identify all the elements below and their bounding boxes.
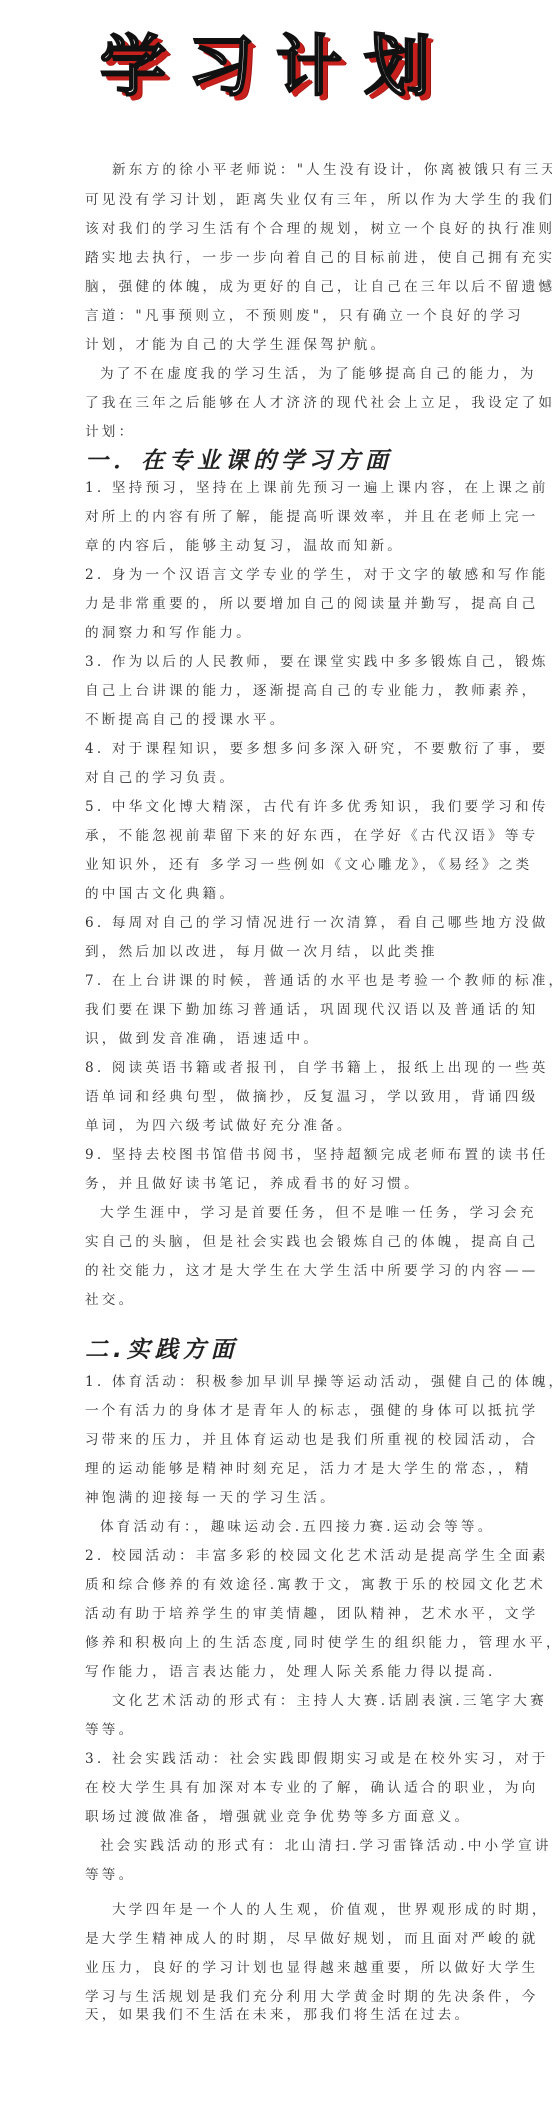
text-line: 对所上的内容有所了解，能提高听课效率，并且在老师上完一: [85, 507, 475, 527]
text-line: 天，如果我们不生活在未来，那我们将生活在过去。: [85, 2005, 475, 2025]
text-line: 在校大学生具有加深对本专业的了解，确认适合的职业，为向: [85, 1778, 475, 1798]
text-line: 承，不能忽视前辈留下来的好东西，在学好《古代汉语》等专: [85, 826, 475, 846]
text-line: 7. 在上台讲课的时候，普通话的水平也是考验一个教师的标准，: [85, 971, 475, 991]
text-line: 5. 中华文化博大精深，古代有许多优秀知识，我们要学习和传: [85, 797, 475, 817]
text-line: 8. 阅读英语书籍或者报刊，自学书籍上，报纸上出现的一些英: [85, 1058, 475, 1078]
text-line: 识，做到发音准确，语速适中。: [85, 1029, 475, 1049]
text-line: 不断提高自己的授课水平。: [85, 710, 475, 730]
text-line: 写作能力，语言表达能力，处理人际关系能力得以提高.: [85, 1662, 475, 1682]
text-line: 学习与生活规划是我们充分利用大学黄金时期的先决条件，今: [85, 1987, 475, 2007]
text-line: 言道："凡事预则立，不预则废"，只有确立一个良好的学习: [85, 306, 475, 326]
text-line: 计划：: [85, 422, 475, 442]
text-line: 了我在三年之后能够在人才济济的现代社会上立足，我设定了如下: [85, 393, 475, 413]
text-line: 业知识外，还有 多学习一些例如《文心雕龙》，《易经》之类: [85, 855, 475, 875]
text-line: 业压力，良好的学习计划也显得越来越重要，所以做好大学生: [85, 1958, 475, 1978]
text-line: 质和综合修养的有效途径.寓教于文，寓教于乐的校园文化艺术: [85, 1575, 475, 1595]
text-line: 的洞察力和写作能力。: [85, 623, 475, 643]
text-line: 社会实践活动的形式有：北山清扫.学习雷锋活动.中小学宣讲: [100, 1836, 490, 1856]
document-title: 学习计划: [0, 22, 552, 112]
text-line: 踏实地去执行，一步一步向着自己的目标前进，使自己拥有充实的大: [85, 248, 475, 268]
text-line: 计划，才能为自己的大学生涯保驾护航。: [85, 335, 475, 355]
text-line: 3. 社会实践活动：社会实践即假期实习或是在校外实习，对于: [85, 1749, 475, 1769]
text-line: 新东方的徐小平老师说："人生没有设计，你离被饿只有三天。": [112, 160, 502, 180]
text-line: 3. 作为以后的人民教师，要在课堂实践中多多锻炼自己，锻炼: [85, 652, 475, 672]
text-line: 为了不在虚度我的学习生活，为了能够提高自己的能力，为: [100, 364, 490, 384]
text-line: 脑，强健的体魄，成为更好的自己，让自己在三年以后不留遗憾。常: [85, 277, 475, 297]
text-line: 2. 校园活动：丰富多彩的校园文化艺术活动是提高学生全面素: [85, 1546, 475, 1566]
text-line: 修养和积极向上的生活态度,同时使学生的组织能力，管理水平，: [85, 1633, 475, 1653]
text-line: 是大学生精神成人的时期，尽早做好规划，而且面对严峻的就: [85, 1929, 475, 1949]
text-line: 神饱满的迎接每一天的学习生活。: [85, 1488, 475, 1508]
text-line: 的社交能力，这才是大学生在大学生活中所要学习的内容——: [85, 1261, 475, 1281]
text-line: 习带来的压力，并且体育运动也是我们所重视的校园活动，合: [85, 1430, 475, 1450]
text-line: 理的运动能够是精神时刻充足，活力才是大学生的常态，，精: [85, 1459, 475, 1479]
text-line: 的中国古文化典籍。: [85, 884, 475, 904]
text-line: 单词，为四六级考试做好充分准备。: [85, 1116, 475, 1136]
text-line: 务，并且做好读书笔记，养成看书的好习惯。: [85, 1174, 475, 1194]
text-line: 等等。: [85, 1720, 475, 1740]
text-line: 该对我们的学习生活有个合理的规划，树立一个良好的执行准则，脚: [85, 219, 475, 239]
text-line: 力是非常重要的，所以要增加自己的阅读量并勤写，提高自己: [85, 594, 475, 614]
text-line: 社交。: [85, 1290, 475, 1310]
text-line: 1. 体育活动：积极参加早训早操等运动活动，强健自己的体魄，: [85, 1372, 475, 1392]
text-line: 6. 每周对自己的学习情况进行一次清算，看自己哪些地方没做: [85, 913, 475, 933]
text-line: 大学四年是一个人的人生观，价值观，世界观形成的时期，: [112, 1900, 502, 1920]
text-line: 一个有活力的身体才是青年人的标志，强健的身体可以抵抗学: [85, 1401, 475, 1421]
text-line: 4. 对于课程知识，要多想多问多深入研究，不要敷衍了事，要: [85, 739, 475, 759]
text-line: 自己上台讲课的能力，逐渐提高自己的专业能力，教师素养，: [85, 681, 475, 701]
text-line: 到，然后加以改进，每月做一次月结，以此类推: [85, 942, 475, 962]
text-line: 职场过渡做准备，增强就业竞争优势等多方面意义。: [85, 1807, 475, 1827]
text-line: 章的内容后，能够主动复习，温故而知新。: [85, 536, 475, 556]
text-line: 等等。: [85, 1865, 475, 1885]
section-heading-professional-courses: 一．在专业课的学习方面: [85, 446, 393, 476]
text-line: 文化艺术活动的形式有：主持人大赛.话剧表演.三笔字大赛: [112, 1691, 502, 1711]
text-line: 9. 坚持去校图书馆借书阅书，坚持超额完成老师布置的读书任: [85, 1145, 475, 1165]
text-line: 语单词和经典句型，做摘抄，反复温习，学以致用，背诵四级: [85, 1087, 475, 1107]
text-line: 1. 坚持预习，坚持在上课前先预习一遍上课内容，在上课之前: [85, 478, 475, 498]
text-line: 活动有助于培养学生的审美情趣，团队精神，艺术水平，文学: [85, 1604, 475, 1624]
section-heading-practice: 二.实践方面: [85, 1335, 239, 1365]
text-line: 可见没有学习计划，距离失业仅有三年，所以作为大学生的我们更应: [85, 190, 475, 210]
text-line: 体育活动有：，趣味运动会.五四接力赛.运动会等等。: [100, 1517, 490, 1537]
text-line: 对自己的学习负责。: [85, 768, 475, 788]
text-line: 我们要在课下勤加练习普通话，巩固现代汉语以及普通话的知: [85, 1000, 475, 1020]
text-line: 2. 身为一个汉语言文学专业的学生，对于文字的敏感和写作能: [85, 565, 475, 585]
text-line: 大学生涯中，学习是首要任务，但不是唯一任务，学习会充: [100, 1203, 490, 1223]
text-line: 实自己的头脑，但是社会实践也会锻炼自己的体魄，提高自己: [85, 1232, 475, 1252]
